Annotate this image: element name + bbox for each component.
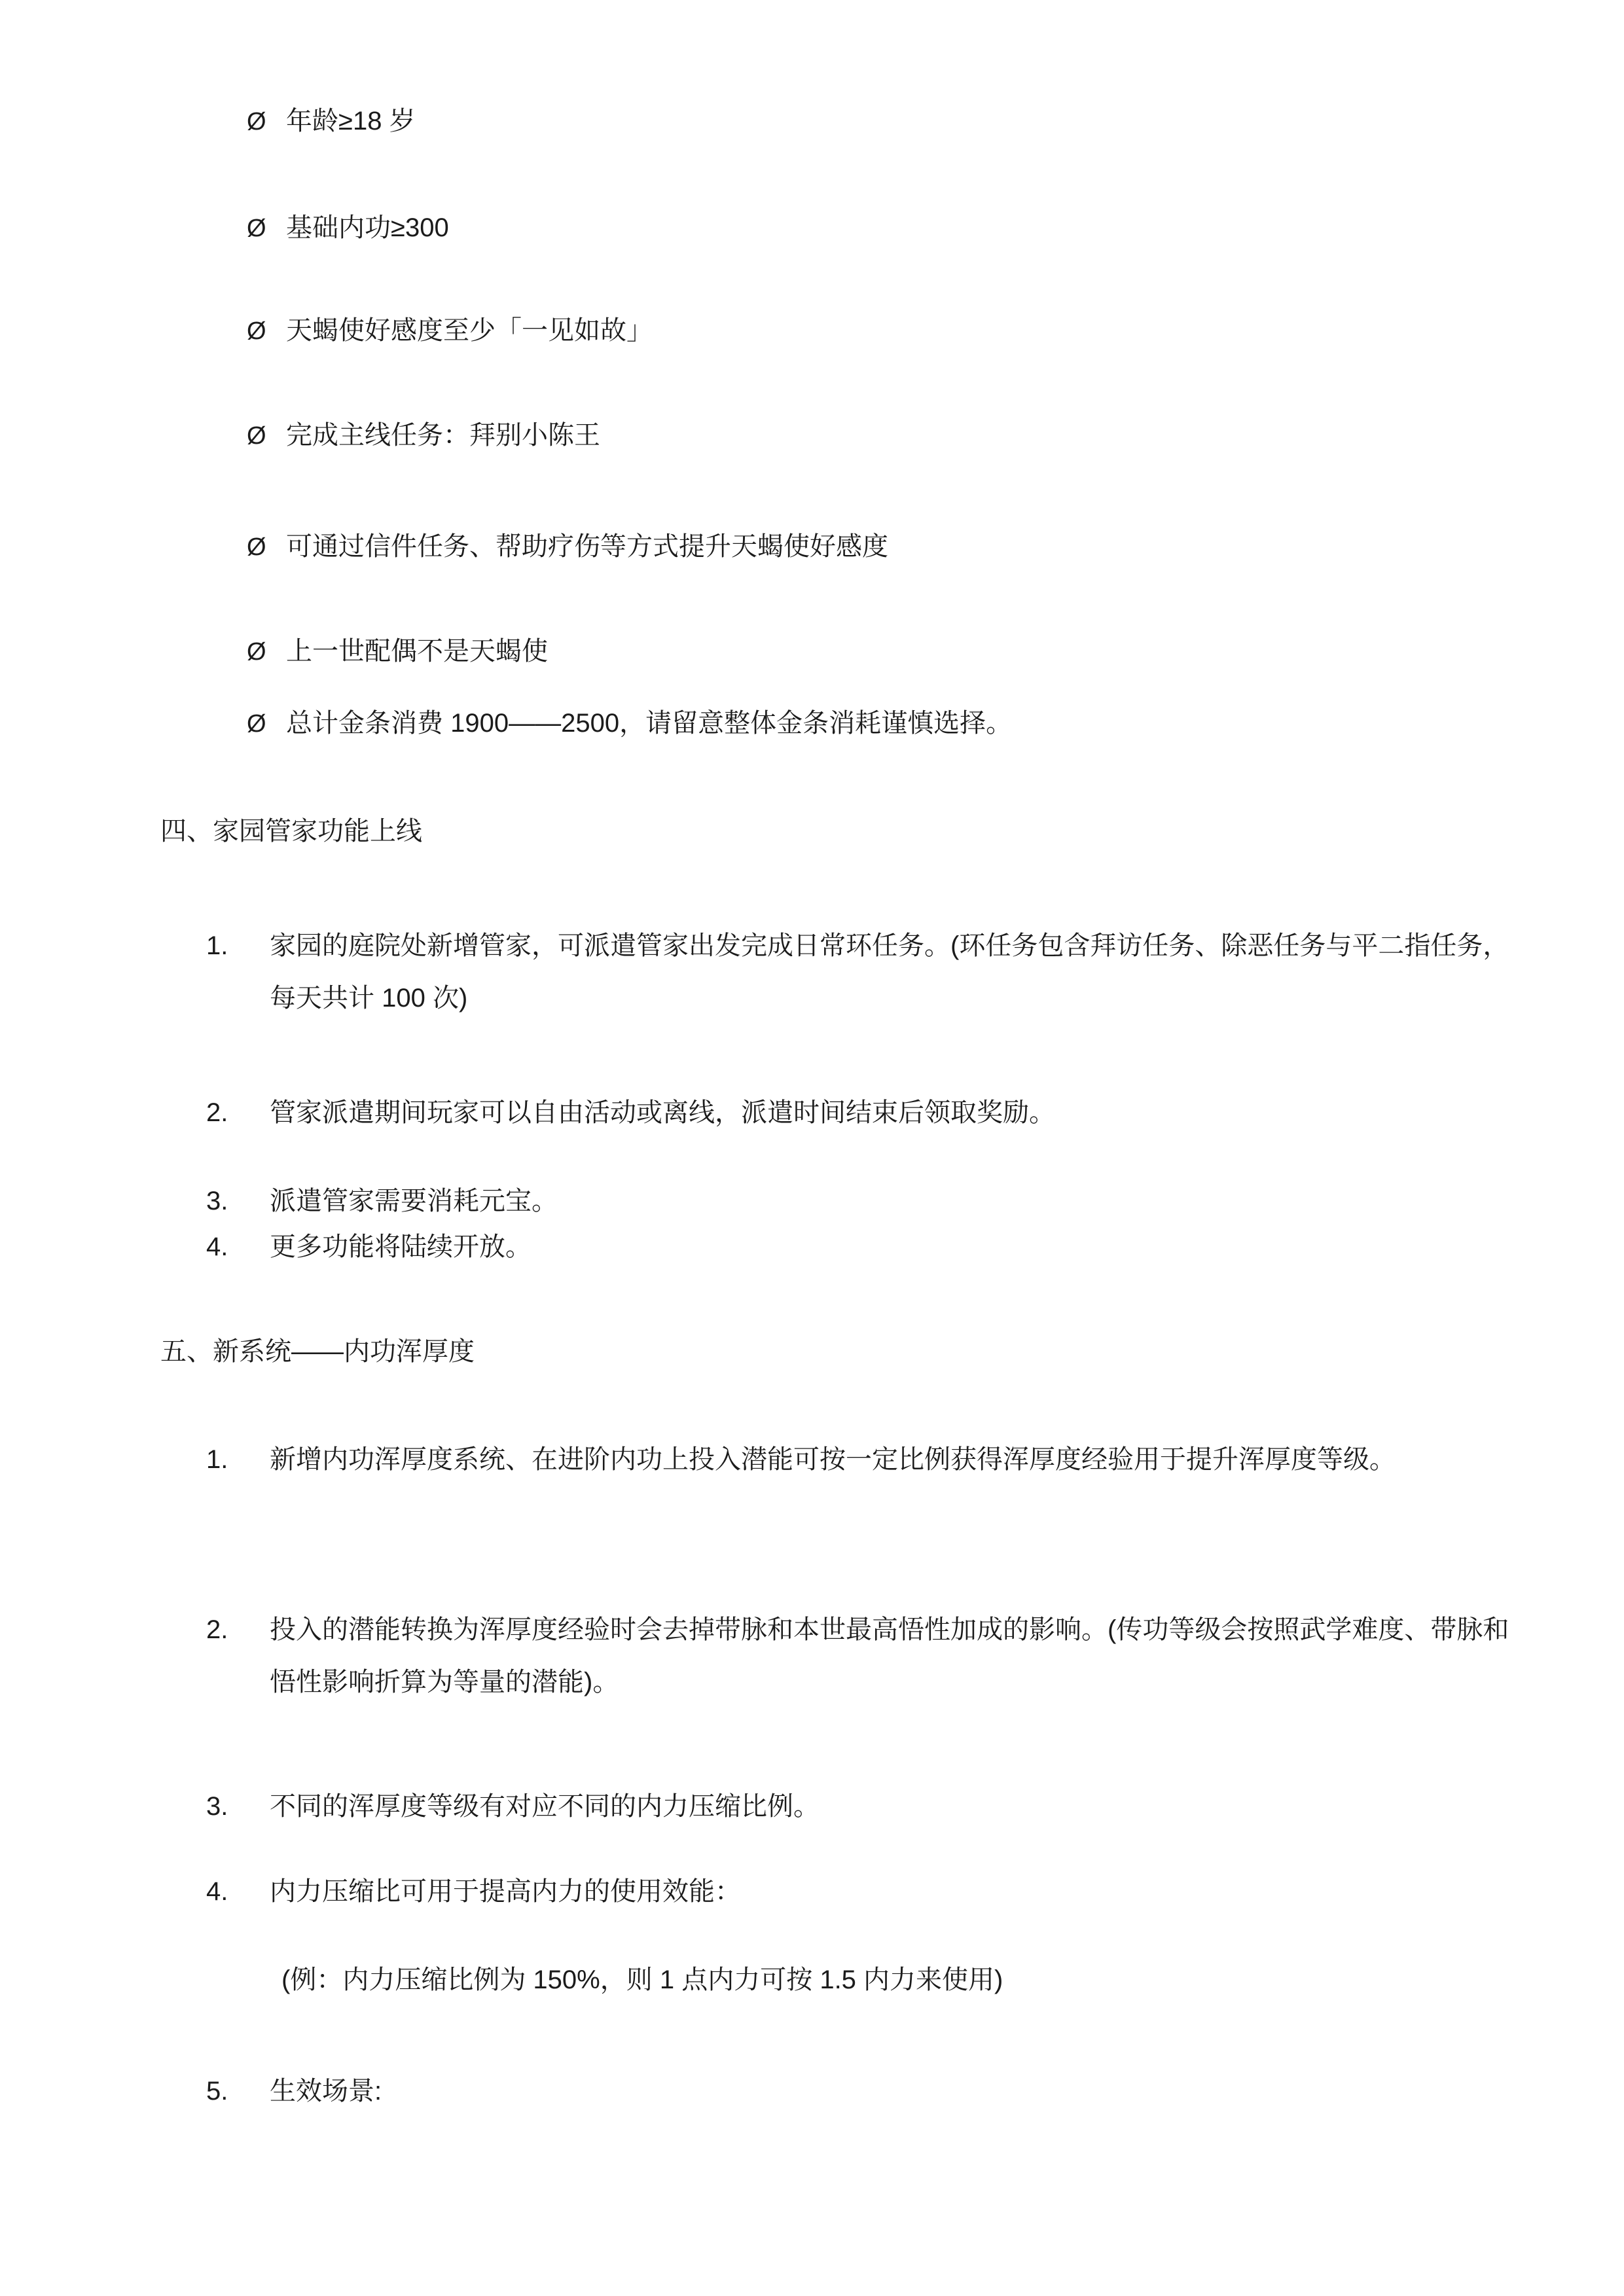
- section-heading: 五、新系统——内功浑厚度: [160, 1325, 1470, 1378]
- item-text: 不同的浑厚度等级有对应不同的内力压缩比例。: [270, 1792, 820, 1821]
- item-number: 4.: [206, 1221, 270, 1273]
- numbered-item: 1.家园的庭院处新增管家，可派遣管家出发完成日常环任务。(环任务包含拜访任务、除…: [206, 920, 1515, 1024]
- numbered-item: 3.不同的浑厚度等级有对应不同的内力压缩比例。: [206, 1780, 1515, 1833]
- numbered-item: 4.内力压缩比可用于提高内力的使用效能：: [206, 1865, 1515, 1918]
- bullet-marker: Ø: [247, 698, 286, 750]
- item-number: 3.: [206, 1780, 270, 1833]
- item-text: 新增内功浑厚度系统、在进阶内功上投入潜能可按一定比例获得浑厚度经验用于提升浑厚度…: [270, 1445, 1396, 1474]
- bullet-text: 年龄≥18 岁: [286, 107, 416, 135]
- numbered-item: 4.更多功能将陆续开放。: [206, 1221, 1515, 1273]
- bullet-marker: Ø: [247, 626, 286, 678]
- numbered-item: 3.派遣管家需要消耗元宝。: [206, 1175, 1515, 1227]
- item-text: 派遣管家需要消耗元宝。: [270, 1187, 558, 1215]
- numbered-item: 2.管家派遣期间玩家可以自由活动或离线，派遣时间结束后领取奖励。: [206, 1086, 1515, 1139]
- numbered-item: 1.新增内功浑厚度系统、在进阶内功上投入潜能可按一定比例获得浑厚度经验用于提升浑…: [206, 1433, 1515, 1486]
- item-number: 2.: [206, 1604, 270, 1656]
- bullet-text: 可通过信件任务、帮助疗伤等方式提升天蝎使好感度: [286, 532, 888, 561]
- bullet-text: 完成主线任务：拜别小陈王: [286, 421, 600, 450]
- bullet-marker: Ø: [247, 410, 286, 462]
- prereq-bullet: Ø上一世配偶不是天蝎使: [247, 625, 1523, 678]
- item-text: 生效场景:: [270, 2077, 382, 2106]
- bullet-text: 总计金条消费 1900——2500，请留意整体金条消耗谨慎选择。: [286, 709, 1012, 738]
- item-number: 1.: [206, 920, 270, 972]
- bullet-text: 上一世配偶不是天蝎使: [286, 637, 548, 666]
- item-number: 2.: [206, 1086, 270, 1139]
- item-text: 投入的潜能转换为浑厚度经验时会去掉带脉和本世最高悟性加成的影响。(传功等级会按照…: [270, 1615, 1509, 1696]
- prereq-bullet: Ø天蝎使好感度至少「一见如故」: [247, 304, 1523, 357]
- item-text: 更多功能将陆续开放。: [270, 1232, 532, 1261]
- bullet-marker: Ø: [247, 96, 286, 148]
- bullet-marker: Ø: [247, 521, 286, 573]
- item-number: 4.: [206, 1865, 270, 1918]
- document-page: Ø年龄≥18 岁 Ø基础内功≥300 Ø天蝎使好感度至少「一见如故」 Ø完成主线…: [0, 0, 1624, 2296]
- bullet-text: 基础内功≥300: [286, 213, 449, 242]
- bullet-marker: Ø: [247, 202, 286, 255]
- item-number: 3.: [206, 1175, 270, 1227]
- example-note: (例：内力压缩比例为 150%，则 1 点内力可按 1.5 内力来使用): [281, 1954, 1525, 2006]
- item-text: 内力压缩比可用于提高内力的使用效能：: [270, 1877, 741, 1906]
- prereq-bullet: Ø可通过信件任务、帮助疗伤等方式提升天蝎使好感度: [247, 520, 1523, 573]
- numbered-item: 5.生效场景:: [206, 2065, 1515, 2117]
- prereq-bullet: Ø完成主线任务：拜别小陈王: [247, 409, 1523, 462]
- prereq-bullet: Ø总计金条消费 1900——2500，请留意整体金条消耗谨慎选择。: [247, 697, 1523, 750]
- item-text: 管家派遣期间玩家可以自由活动或离线，派遣时间结束后领取奖励。: [270, 1098, 1055, 1127]
- item-number: 5.: [206, 2065, 270, 2117]
- bullet-marker: Ø: [247, 305, 286, 357]
- bullet-text: 天蝎使好感度至少「一见如故」: [286, 316, 653, 345]
- prereq-bullet: Ø基础内功≥300: [247, 202, 1523, 255]
- prereq-bullet: Ø年龄≥18 岁: [247, 95, 1523, 148]
- numbered-item: 2.投入的潜能转换为浑厚度经验时会去掉带脉和本世最高悟性加成的影响。(传功等级会…: [206, 1604, 1515, 1708]
- item-text: 家园的庭院处新增管家，可派遣管家出发完成日常环任务。(环任务包含拜访任务、除恶任…: [270, 931, 1509, 1013]
- item-number: 1.: [206, 1433, 270, 1486]
- section-heading: 四、家园管家功能上线: [160, 805, 1470, 857]
